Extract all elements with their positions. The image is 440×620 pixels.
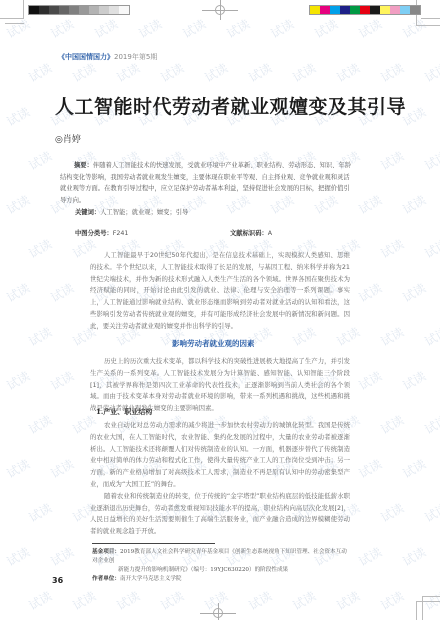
- abstract: 摘要：伴随着人工智能技术的快速发展，受就业环境中产业革新、职业结构、劳动形态、知…: [60, 160, 352, 206]
- affiliation-text: 南开大学马克思主义学院: [120, 576, 182, 582]
- watermark-text: 试读: [25, 59, 54, 86]
- affiliation-line: 作者单位：南开大学马克思主义学院: [92, 575, 352, 584]
- journal-issue: 2019年第5期: [114, 53, 157, 61]
- fund-label: 基金项目：: [92, 549, 120, 555]
- color-swatch: [400, 6, 410, 14]
- watermark-text: 试读: [47, 15, 76, 42]
- watermark-text: 试读: [25, 323, 54, 350]
- subsection-heading: 1.产业、职业结构: [96, 407, 152, 417]
- journal-name: 《中国国情国力》: [58, 53, 114, 61]
- page-number: 36: [52, 576, 63, 585]
- doc-code-value: A: [268, 230, 272, 237]
- clc-value: F241: [113, 230, 129, 237]
- gray-swatch: [119, 6, 129, 14]
- watermark-text: 试读: [421, 323, 440, 350]
- watermark-text: 试读: [399, 279, 428, 306]
- color-swatch: [390, 6, 400, 14]
- watermark-text: 试读: [421, 499, 440, 526]
- watermark-text: 试读: [157, 59, 186, 86]
- doc-code-label: 文献标识码：: [230, 230, 268, 237]
- clc-label: 中图分类号：: [75, 230, 113, 237]
- color-swatch: [360, 6, 370, 14]
- abstract-text: 伴随着人工智能技术的快速发展，受就业环境中产业革新、职业结构、劳动形态、知识、年…: [60, 162, 351, 204]
- footnote: 基金项目：2019教育部人文社会科学研究青年基金项目《创新生态系统视角下知识管理…: [92, 548, 352, 584]
- watermark-text: 试读: [47, 279, 76, 306]
- crop-mark-bottom-right-v2: [416, 601, 417, 620]
- watermark-text: 试读: [267, 15, 296, 42]
- watermark-text: 试读: [3, 15, 32, 42]
- watermark-text: 试读: [113, 587, 142, 614]
- watermark-text: 试读: [399, 455, 428, 482]
- watermark-text: 试读: [377, 59, 406, 86]
- watermark-text: 试读: [3, 103, 32, 130]
- gray-swatch: [39, 6, 49, 14]
- watermark-text: 试读: [289, 59, 318, 86]
- keywords: 关键词：人工智能；就业观；嬗变；引导: [75, 207, 188, 216]
- keywords-text: 人工智能；就业观；嬗变；引导: [100, 209, 188, 216]
- footnote-rule: [92, 543, 215, 544]
- watermark-text: 试读: [399, 191, 428, 218]
- watermark-text: 试读: [3, 543, 32, 570]
- crop-mark-bottom-right-h: [422, 596, 440, 597]
- gray-swatch: [69, 6, 79, 14]
- watermark-text: 试读: [245, 587, 274, 614]
- crop-mark-top-right-h2: [421, 18, 440, 19]
- watermark-text: 试读: [157, 587, 186, 614]
- article-author: ◎肖婷: [55, 132, 81, 145]
- watermark-text: 试读: [377, 235, 406, 262]
- gray-swatch: [49, 6, 59, 14]
- watermark-text: 试读: [355, 455, 384, 482]
- watermark-text: 试读: [25, 147, 54, 174]
- color-swatch: [310, 6, 320, 14]
- watermark-text: 试读: [47, 455, 76, 482]
- watermark-text: 试读: [333, 59, 362, 86]
- watermark-text: 试读: [311, 15, 340, 42]
- watermark-text: 试读: [355, 367, 384, 394]
- watermark-text: 试读: [91, 15, 120, 42]
- color-swatch: [380, 6, 390, 14]
- crop-mark-top-right-h: [416, 25, 440, 26]
- watermark-text: 试读: [399, 367, 428, 394]
- grayscale-calibration-bar: [28, 5, 130, 15]
- watermark-text: 试读: [25, 499, 54, 526]
- industry-paragraph-2: 随着农业和传统制造业的转变，位于传统的“金字塔型”职业结构底层的低技能低薪水职业…: [90, 491, 350, 538]
- watermark-text: 试读: [69, 59, 98, 86]
- watermark-text: 试读: [201, 59, 230, 86]
- watermark-text: 试读: [355, 543, 384, 570]
- industry-paragraph-1: 农业自动化对总劳动力需求的减少将进一步加快农村劳动力的城镇化转型。我国是传统的农…: [90, 420, 350, 491]
- fund-line-cont: 新能力提升的影响机制研究》（编号：19YJC630220）的阶段性成果: [92, 566, 352, 575]
- color-swatch: [340, 6, 350, 14]
- watermark-text: 试读: [355, 15, 384, 42]
- gray-swatch: [109, 6, 119, 14]
- gray-swatch: [59, 6, 69, 14]
- watermark-text: 试读: [135, 15, 164, 42]
- watermark-text: 试读: [421, 147, 440, 174]
- crop-mark-top-left-h2: [5, 23, 24, 24]
- section-heading: 影响劳动者就业观的因素: [172, 338, 255, 349]
- watermark-text: 试读: [377, 499, 406, 526]
- watermark-text: 试读: [333, 587, 362, 614]
- watermark-text: 试读: [245, 59, 274, 86]
- watermark-text: 试读: [113, 59, 142, 86]
- watermark-text: 试读: [377, 323, 406, 350]
- watermark-text: 试读: [377, 411, 406, 438]
- document-code: 文献标识码：A: [230, 228, 272, 237]
- watermark-text: 试读: [377, 587, 406, 614]
- registration-mark-top: [202, 0, 238, 20]
- watermark-text: 试读: [421, 235, 440, 262]
- watermark-text: 试读: [399, 543, 428, 570]
- watermark-text: 试读: [355, 279, 384, 306]
- watermark-text: 试读: [3, 191, 32, 218]
- running-header: 《中国国情国力》2019年第5期: [58, 52, 157, 62]
- crop-mark-top-left-h: [0, 18, 24, 19]
- watermark-text: 试读: [289, 587, 318, 614]
- watermark-text: 试读: [25, 235, 54, 262]
- abstract-label: 摘要：: [74, 162, 93, 169]
- gray-swatch: [99, 6, 109, 14]
- clc-code: 中图分类号：F241: [75, 230, 128, 237]
- color-swatch: [410, 6, 420, 14]
- registration-mark-bottom: [200, 603, 236, 620]
- intro-paragraph: 人工智能最早于20世纪50年代提出，是在信息技术基础上，实现模拟人类感知、思维的…: [90, 250, 350, 333]
- color-swatch: [350, 6, 360, 14]
- intro-section: 人工智能最早于20世纪50年代提出，是在信息技术基础上，实现模拟人类感知、思维的…: [90, 250, 350, 333]
- watermark-text: 试读: [3, 279, 32, 306]
- watermark-text: 试读: [421, 59, 440, 86]
- watermark-text: 试读: [25, 411, 54, 438]
- article-title: 人工智能时代劳动者就业观嬗变及其引导: [55, 92, 406, 119]
- watermark-text: 试读: [25, 587, 54, 614]
- watermark-text: 试读: [421, 411, 440, 438]
- gray-swatch: [89, 6, 99, 14]
- watermark-text: 试读: [47, 543, 76, 570]
- affiliation-label: 作者单位：: [92, 576, 120, 582]
- crop-mark-top-left-v: [23, 0, 24, 19]
- crop-mark-bottom-right-v: [422, 596, 423, 620]
- watermark-text: 试读: [3, 455, 32, 482]
- fund-line: 基金项目：2019教育部人文社会科学研究青年基金项目《创新生态系统视角下知识管理…: [92, 548, 352, 566]
- watermark-text: 试读: [399, 15, 428, 42]
- watermark-text: 试读: [3, 367, 32, 394]
- crop-mark-bottom-right-h2: [416, 601, 440, 602]
- fund-text: 2019教育部人文社会科学研究青年基金项目《创新生态系统视角下知识管理、社会资本…: [92, 549, 347, 564]
- color-swatch: [370, 6, 380, 14]
- keywords-label: 关键词：: [75, 209, 100, 216]
- industry-structure-section: 农业自动化对总劳动力需求的减少将进一步加快农村劳动力的城镇化转型。我国是传统的农…: [90, 420, 350, 538]
- classification-line: 中图分类号：F241 文献标识码：A: [75, 228, 355, 237]
- watermark-text: 试读: [355, 191, 384, 218]
- watermark-text: 试读: [69, 587, 98, 614]
- gray-swatch: [79, 6, 89, 14]
- watermark-text: 试读: [377, 147, 406, 174]
- gray-swatch: [29, 6, 39, 14]
- color-calibration-bar: [309, 5, 421, 15]
- color-swatch: [330, 6, 340, 14]
- color-swatch: [320, 6, 330, 14]
- watermark-text: 试读: [47, 367, 76, 394]
